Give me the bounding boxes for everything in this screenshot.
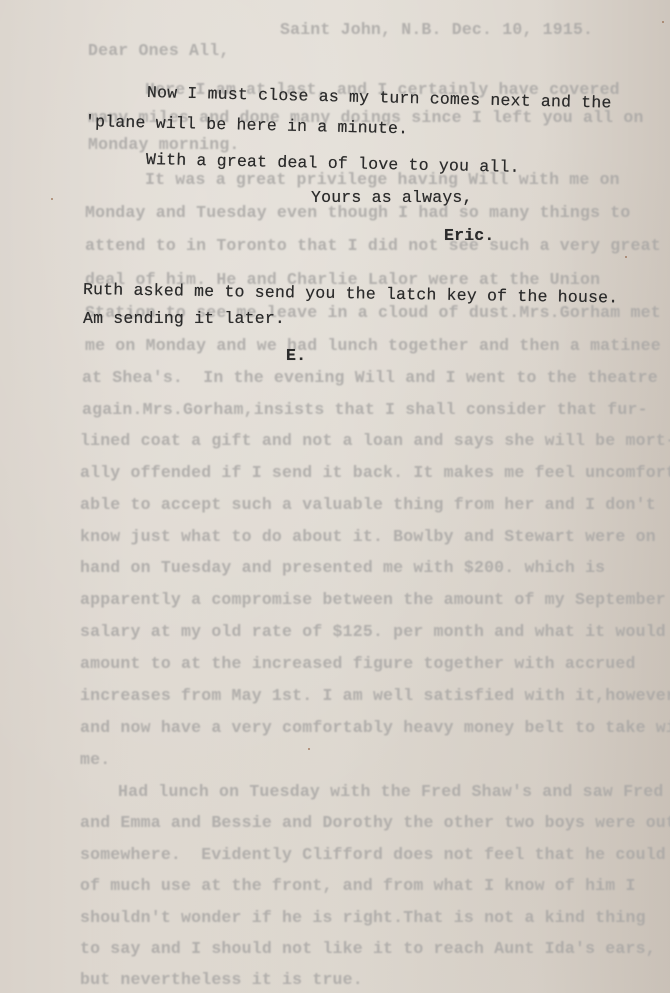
bleed-line: but nevertheless it is true.: [80, 972, 363, 989]
paper-speck: [51, 198, 53, 200]
bleed-line: attend to in Toronto that I did not see …: [85, 238, 661, 255]
bleed-line: Monday and Tuesday even though I had so …: [85, 205, 631, 222]
paper-speck: [625, 256, 627, 258]
bleed-line: to say and I should not like it to reach…: [80, 941, 656, 958]
bleed-salutation: Dear Ones All,: [88, 43, 229, 60]
bleed-line: lined coat a gift and not a loan and say…: [80, 433, 670, 450]
bleed-line: and now have a very comfortably heavy mo…: [80, 720, 670, 737]
paper-speck: [308, 748, 310, 750]
bleed-line: able to accept such a valuable thing fro…: [80, 497, 656, 514]
bleed-line: somewhere. Evidently Clifford does not f…: [80, 847, 670, 864]
bleed-line: at Shea's. In the evening Will and I wen…: [82, 370, 658, 387]
bleed-line: shouldn't wonder if he is right.That is …: [80, 910, 646, 927]
bleed-line: Had lunch on Tuesday with the Fred Shaw'…: [118, 784, 664, 801]
bleed-line: apparently a compromise between the amou…: [80, 592, 666, 609]
bleed-line: increases from May 1st. I am well satisf…: [80, 688, 670, 705]
bleed-line: amount to at the increased figure togeth…: [80, 656, 636, 673]
letter-postscript-signature: E.: [286, 348, 306, 365]
bleed-line: salary at my old rate of $125. per month…: [80, 624, 666, 641]
bleed-line: know just what to do about it. Bowlby an…: [80, 529, 656, 546]
paper-speck: [662, 21, 664, 23]
bleed-line: me.: [80, 752, 110, 769]
bleed-line: and Emma and Bessie and Dorothy the othe…: [80, 815, 670, 832]
letter-signature: Eric.: [444, 228, 495, 245]
letter-postscript-line-2: Am sending it later.: [83, 311, 285, 328]
bleed-line: of much use at the front, and from what …: [80, 878, 636, 895]
letter-closing: Yours as always,: [311, 190, 473, 207]
bleed-line: again.Mrs.Gorham,insists that I shall co…: [82, 402, 648, 419]
bleed-line: me on Monday and we had lunch together a…: [85, 338, 661, 355]
bleed-date-line: Saint John, N.B. Dec. 10, 1915.: [280, 22, 593, 39]
bleed-line: It was a great privilege having Will wit…: [145, 172, 620, 189]
bleed-line: hand on Tuesday and presented me with $2…: [80, 560, 605, 577]
bleed-line: ally offended if I send it back. It make…: [80, 465, 670, 482]
